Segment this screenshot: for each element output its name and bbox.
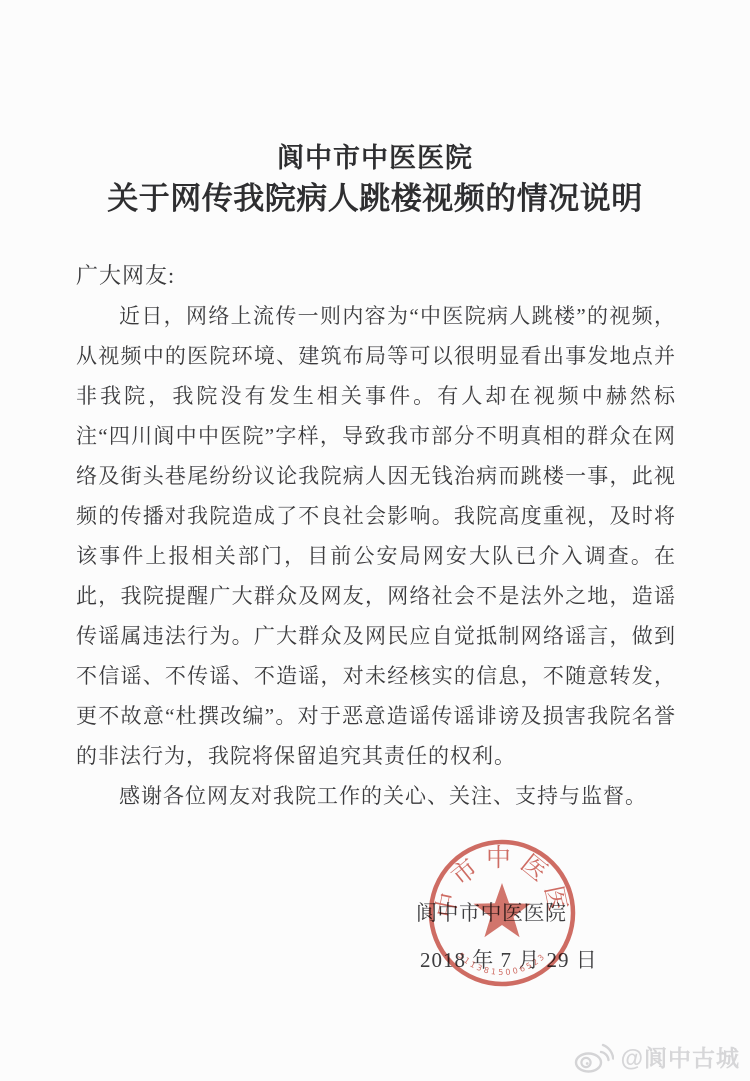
weibo-icon (574, 1041, 614, 1073)
watermark-handle: @阆中古城 (621, 1040, 740, 1073)
official-seal: 阆中市中医医院 5113815006523 (427, 838, 577, 988)
doc-body: 广大网友: 近日，网络上流传一则内容为“中医院病人跳楼”的视频，从视频中的医院环… (76, 256, 676, 816)
document-page: 阆中市中医医院 关于网传我院病人跳楼视频的情况说明 广大网友: 近日，网络上流传… (0, 0, 750, 1081)
doc-title-organization: 阆中市中医医院 (0, 141, 750, 175)
paragraph-main: 近日，网络上流传一则内容为“中医院病人跳楼”的视频，从视频中的医院环境、建筑布局… (76, 296, 676, 776)
watermark: @阆中古城 (574, 1040, 740, 1073)
doc-title-subject: 关于网传我院病人跳楼视频的情况说明 (0, 178, 750, 220)
paragraph-thanks: 感谢各位网友对我院工作的关心、关注、支持与监督。 (76, 776, 676, 816)
seal-code-digits: 5113815006523 (456, 951, 548, 977)
salutation: 广大网友: (76, 256, 676, 296)
seal-star-icon (474, 883, 531, 937)
seal-code-container: 5113815006523 (456, 951, 548, 977)
